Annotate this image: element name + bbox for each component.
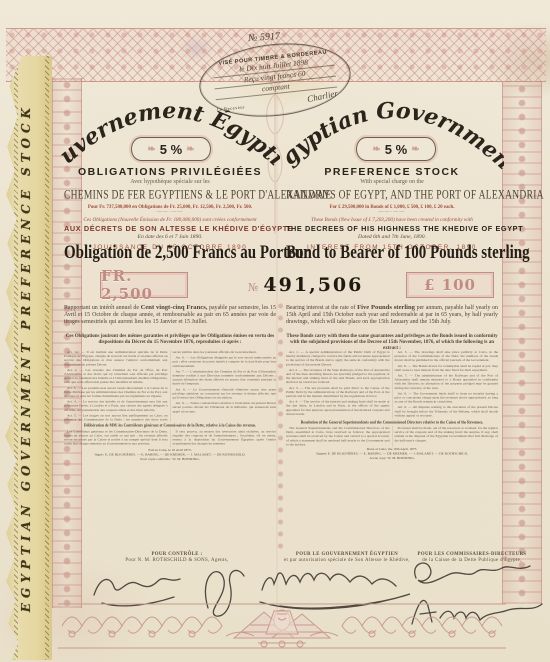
intro-en-amount: Five Pounds sterling xyxy=(357,304,415,311)
articles-en-columns: Art. 1. — A special Administration of th… xyxy=(286,350,498,418)
decree-line-fr: AUX DÉCRETS DE SON ALTESSE LE KHÉDIVE D'… xyxy=(64,224,276,233)
bottom-engraved-border xyxy=(56,596,508,654)
resolution-heading-en: Resolution of the General Superintendent… xyxy=(286,420,498,424)
rate-badge-french: 5 % xyxy=(131,137,211,161)
stub-vertical-text: EGYPTIAN GOVERNMENT PREFERENCE STOCK xyxy=(19,103,33,612)
rate-english: 5 % xyxy=(385,142,407,157)
counterfoil-stub: EGYPTIAN GOVERNMENT PREFERENCE STOCK xyxy=(0,56,52,660)
decree-line-en: THE DECREES OF HIS HIGHNESS THE KHEDIVE … xyxy=(286,224,498,233)
header-english: PREFERENCE STOCK With special charge on … xyxy=(286,166,498,251)
face-value-pounds: £ 100 xyxy=(406,272,494,298)
privileges-paragraph-fr: Ces Obligations jouiront des mêmes garan… xyxy=(64,334,276,346)
serial-number-block: №491,506 xyxy=(248,274,358,296)
issue-line-fr: Ces Obligations (Nouvelle Émission de Fr… xyxy=(64,217,276,223)
right-ornamental-column xyxy=(502,82,542,604)
deliberation-fr-columns: Les Contrôleurs généraux et les Commissa… xyxy=(64,429,276,447)
intro-fr-amount: Cent vingt-cinq Francs, xyxy=(141,304,208,311)
resolution-en-columns: The General Superintendents and the Comm… xyxy=(286,426,498,447)
header-french: OBLIGATIONS PRIVILÉGIÉES Avec hypothèque… xyxy=(64,166,276,251)
decree-articles-english: Art. 1. — A special Administration of th… xyxy=(286,350,498,514)
rate-badge-english: 5 % xyxy=(356,137,436,161)
center-column-divider xyxy=(277,300,284,550)
serial-prefix: № xyxy=(248,281,260,294)
asset-line-en: RAILWAYS OF EGYPT, AND THE PORT OF ALEXA… xyxy=(286,190,544,203)
intro-fr-pre: Rapportant un intérêt annuel de xyxy=(64,305,141,311)
separator-fr: ——·—— xyxy=(64,210,276,215)
deliberation-heading-fr: Délibération de MM. les Contrôleurs géné… xyxy=(64,424,276,428)
commissioner-signature-1 xyxy=(408,556,538,590)
serial-number: 491,506 xyxy=(263,274,363,296)
stub-border-pattern xyxy=(45,56,49,660)
stub-border-pattern xyxy=(14,56,18,660)
interest-paragraph-en: Bearing interest at the rate of Five Pou… xyxy=(286,304,498,327)
decree-articles-french: Art. 1er. — Il est institué une Administ… xyxy=(64,350,276,514)
separator-en: ——·—— xyxy=(286,210,498,215)
security-type-en: PREFERENCE STOCK xyxy=(286,166,498,178)
face-value-francs: FR. 2,500 xyxy=(100,272,188,298)
rate-french: 5 % xyxy=(160,142,182,157)
stamp-number: № 5917 xyxy=(248,31,281,44)
denomination-english: Bond to Bearer of 100 Pounds sterling xyxy=(286,243,498,264)
closing-lines-en: Done at Cairo, the 10th April, 1875.Sign… xyxy=(286,447,498,460)
denomination-french: Obligation de 2,500 Francs au Porteur xyxy=(64,243,276,264)
articles-fr-columns: Art. 1er. — Il est institué une Administ… xyxy=(64,350,276,422)
decree-date-fr: En date des 6 et 7 Juin 1890. xyxy=(64,234,276,240)
closing-lines-fr: Fait au Caire, le 10 Avril 1875.Signé : … xyxy=(64,448,276,461)
decree-date-en: Dated 6th and 7th June, 1890. xyxy=(286,234,498,240)
bond-certificate-scan: EGYPTIAN GOVERNMENT PREFERENCE STOCK № 5… xyxy=(0,0,550,662)
security-type-fr: OBLIGATIONS PRIVILÉGIÉES xyxy=(64,166,276,178)
interest-paragraph-fr: Rapportant un intérêt annuel de Cent vin… xyxy=(64,304,276,327)
intro-en-pre: Bearing interest at the rate of xyxy=(286,305,357,311)
issue-line-en: These Bonds (New Issue of £ 7,203,200) h… xyxy=(286,217,498,223)
